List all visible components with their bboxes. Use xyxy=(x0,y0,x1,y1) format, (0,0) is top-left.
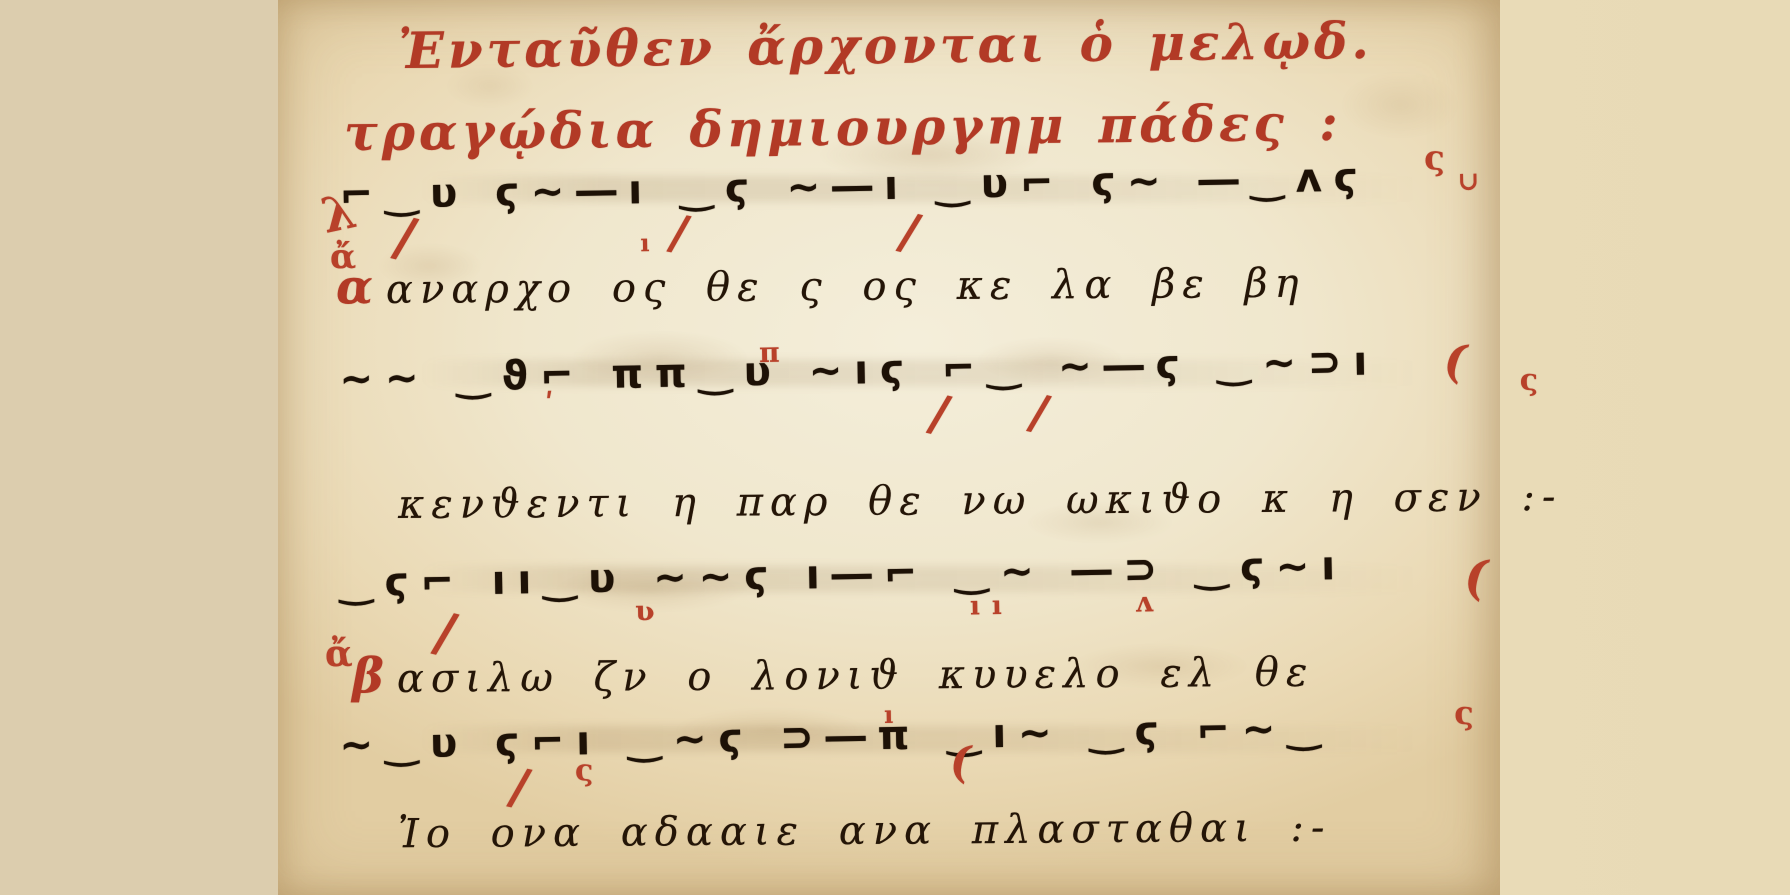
lyric-line-3: βασιλω ζν ο λονιϑ κυυελο ελ θε xyxy=(352,642,1315,705)
red-ink-mark: / xyxy=(1025,387,1065,440)
red-ink-mark: ( xyxy=(1459,551,1505,606)
red-ink-mark: / xyxy=(895,206,936,262)
red-ink-mark: ∪ xyxy=(1457,168,1491,195)
red-ink-mark: ( xyxy=(1438,335,1484,389)
lyric-line-1: ααναρχο ος θε ς ος κε λα βε βη xyxy=(336,253,1306,316)
red-ink-mark: ı xyxy=(640,231,662,255)
lyric-line-4: Ἰο ονα αδααιε ανα πλασταθαι :- xyxy=(392,797,1332,860)
lyric-text: αναρχο ος θε ς ος κε λα βε βη xyxy=(386,261,1306,313)
lyric-line-2: κενϑεντι η παρ θε νω ωκιϑο κ η σεν :- xyxy=(392,466,1563,530)
lyric-initial: β xyxy=(352,648,397,704)
lyric-text: ασιλω ζν ο λονιϑ κυυελο ελ θε xyxy=(397,650,1315,702)
rubric-line-1: Ἐνταῦθεν ἄρχονται ὁ μελῳδ. xyxy=(398,11,1373,80)
lyric-initial: α xyxy=(336,259,386,315)
manuscript-photo: Ἐνταῦθεν ἄρχονται ὁ μελῳδ. τραγῴδια δημι… xyxy=(0,0,1790,895)
lyric-text: κενϑεντι η παρ θε νω ωκιϑο κ η σεν :- xyxy=(398,474,1563,528)
red-ink-mark: ς xyxy=(1519,365,1550,396)
red-ink-mark: / xyxy=(666,208,705,261)
red-ink-mark: / xyxy=(925,387,966,443)
neume-row-2: ∼∼ ‿ϑ⌐ ππ‿υ ∼ıϛ ⌐‿ ∼―ϛ ‿∼⊃ı ʹπ//(ς xyxy=(339,336,1541,467)
lyric-text: Ἰο ονα αδααιε ανα πλασταθαι :- xyxy=(398,805,1332,858)
red-ink-mark: ıı xyxy=(970,593,1014,620)
rubric-line-2: τραγῴδια δημιουργημ πάδες : xyxy=(344,93,1342,162)
